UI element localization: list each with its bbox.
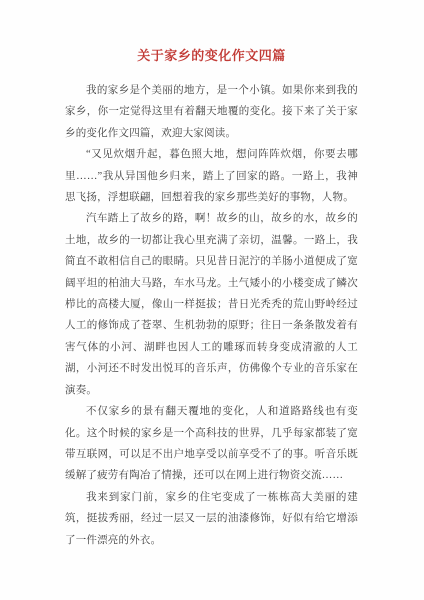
document-title: 关于家乡的变化作文四篇 (65, 46, 358, 66)
essay-paragraph: 汽车踏上了故乡的路，啊！故乡的山，故乡的水，故乡的土地，故乡的一切都让我心里充满… (65, 208, 358, 401)
document-body: 我的家乡是个美丽的地方，是一个小镇。如果你来到我的家乡，你一定觉得这里有着翻天地… (65, 80, 358, 551)
essay-paragraph: 我的家乡是个美丽的地方，是一个小镇。如果你来到我的家乡，你一定觉得这里有着翻天地… (65, 80, 358, 144)
document-page: 关于家乡的变化作文四篇 我的家乡是个美丽的地方，是一个小镇。如果你来到我的家乡，… (0, 0, 424, 600)
essay-paragraph: 不仅家乡的景有翻天覆地的变化，人和道路路线也有变化。这个时候的家乡是一个高科技的… (65, 401, 358, 487)
essay-paragraph: “又见炊烟升起，暮色照大地，想问阵阵炊烟，你要去哪里……”我从异国他乡归来，踏上… (65, 144, 358, 208)
essay-paragraph: 我来到家门前，家乡的住宅变成了一栋栋高大美丽的建筑，挺拔秀丽，经过一层又一层的油… (65, 487, 358, 551)
